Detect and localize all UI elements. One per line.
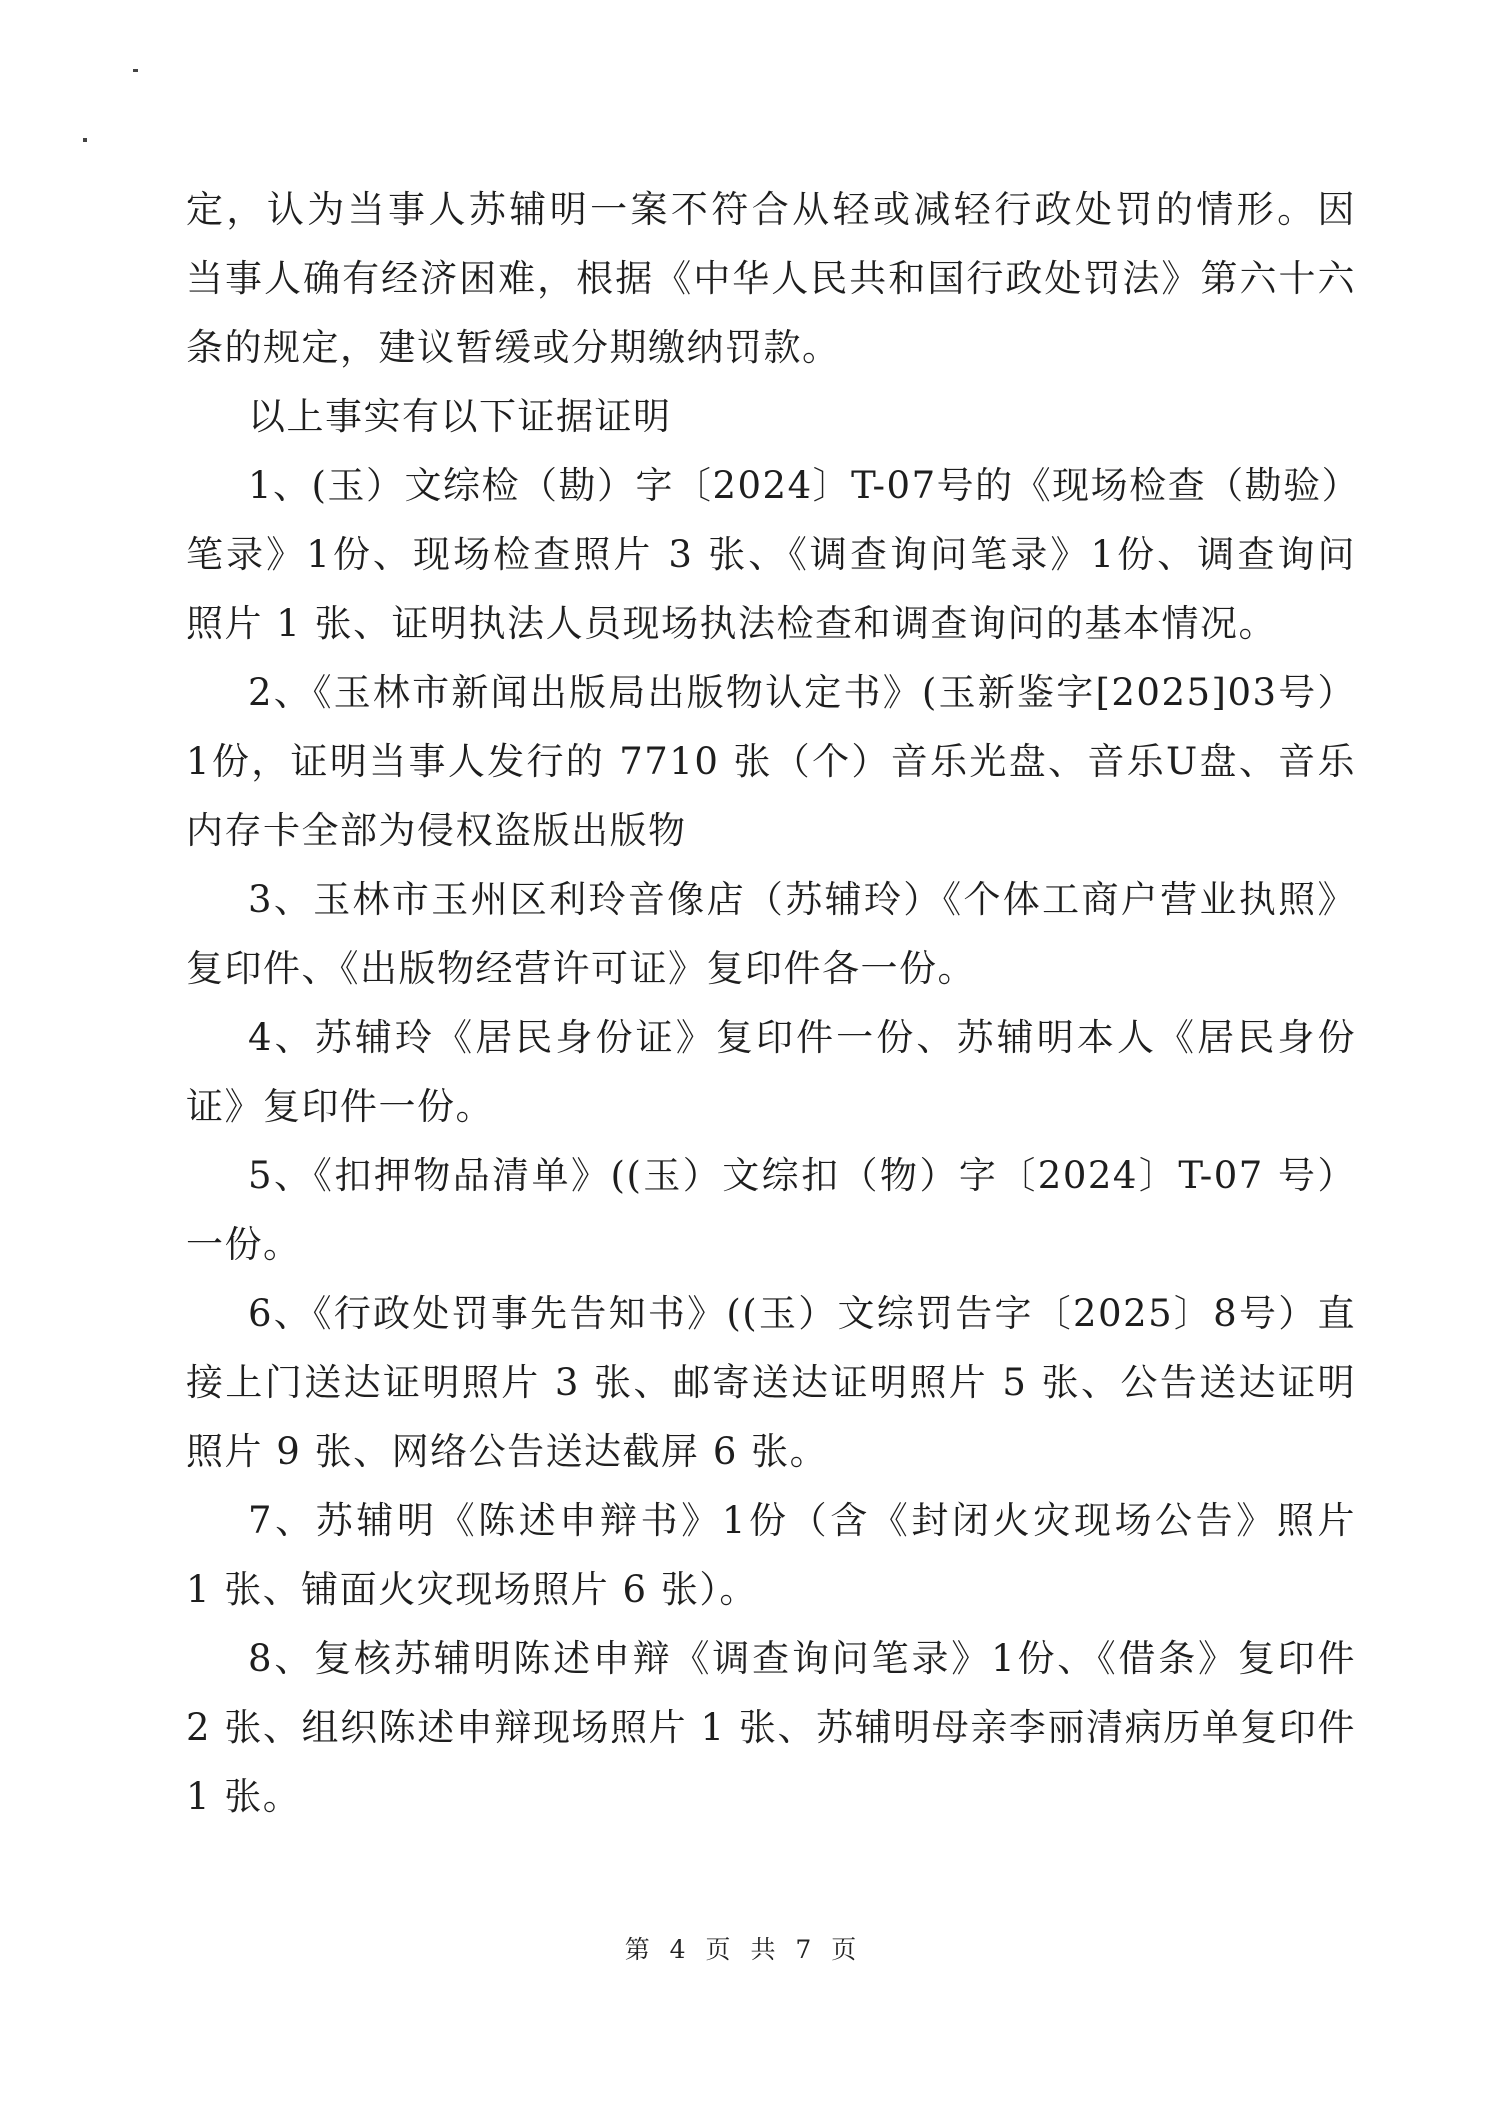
body-line: 照片 9 张、网络公告送达截屏 6 张。 — [186, 1428, 828, 1476]
scan-speck — [83, 138, 87, 142]
body-line: 1 张。 — [186, 1773, 301, 1821]
evidence-heading: 以上事实有以下证据证明 — [248, 393, 672, 441]
body-line: 2 张、组织陈述申辩现场照片 1 张、苏辅明母亲李丽清病历单复印件 — [186, 1704, 1356, 1752]
evidence-item-4: 4、苏辅玲《居民身份证》复印件一份、苏辅明本人《居民身份 — [248, 1014, 1356, 1062]
evidence-item-1: 1、(玉）文综检（勘）字〔2024〕T-07号的《现场检查（勘验） — [248, 462, 1356, 510]
body-line: 笔录》1份、现场检查照片 3 张、《调查询问笔录》1份、调查询问 — [186, 531, 1356, 579]
evidence-item-3: 3、玉林市玉州区利玲音像店（苏辅玲）《个体工商户营业执照》 — [248, 876, 1356, 924]
evidence-item-8: 8、复核苏辅明陈述申辩《调查询问笔录》1份、《借条》复印件 — [248, 1635, 1356, 1683]
body-line: 复印件、《出版物经营许可证》复印件各一份。 — [186, 945, 976, 993]
body-line: 内存卡全部为侵权盗版出版物 — [186, 807, 687, 855]
page-number-footer: 第 4 页 共 7 页 — [0, 1930, 1487, 1966]
scan-speck — [133, 69, 138, 72]
evidence-item-6: 6、《行政处罚事先告知书》((玉）文综罚告字〔2025〕8号）直 — [248, 1290, 1356, 1338]
body-line: 1份，证明当事人发行的 7710 张（个）音乐光盘、音乐U盘、音乐 — [186, 738, 1356, 786]
body-line: 一份。 — [186, 1221, 302, 1269]
evidence-item-2: 2、《玉林市新闻出版局出版物认定书》(玉新鉴字[2025]03号） — [248, 669, 1356, 717]
evidence-item-7: 7、苏辅明《陈述申辩书》1份（含《封闭火灾现场公告》照片 — [248, 1497, 1356, 1545]
body-line: 定，认为当事人苏辅明一案不符合从轻或减轻行政处罚的情形。因 — [186, 186, 1356, 234]
evidence-item-5: 5、《扣押物品清单》((玉）文综扣（物）字〔2024〕T-07 号） — [248, 1152, 1356, 1200]
body-line: 1 张、铺面火灾现场照片 6 张）。 — [186, 1566, 758, 1614]
body-line: 条的规定，建议暂缓或分期缴纳罚款。 — [186, 324, 841, 372]
body-line: 接上门送达证明照片 3 张、邮寄送达证明照片 5 张、公告送达证明 — [186, 1359, 1356, 1407]
body-line: 证》复印件一份。 — [186, 1083, 494, 1131]
body-line: 当事人确有经济困难，根据《中华人民共和国行政处罚法》第六十六 — [186, 255, 1356, 303]
body-line: 照片 1 张、证明执法人员现场执法检查和调查询问的基本情况。 — [186, 600, 1277, 648]
